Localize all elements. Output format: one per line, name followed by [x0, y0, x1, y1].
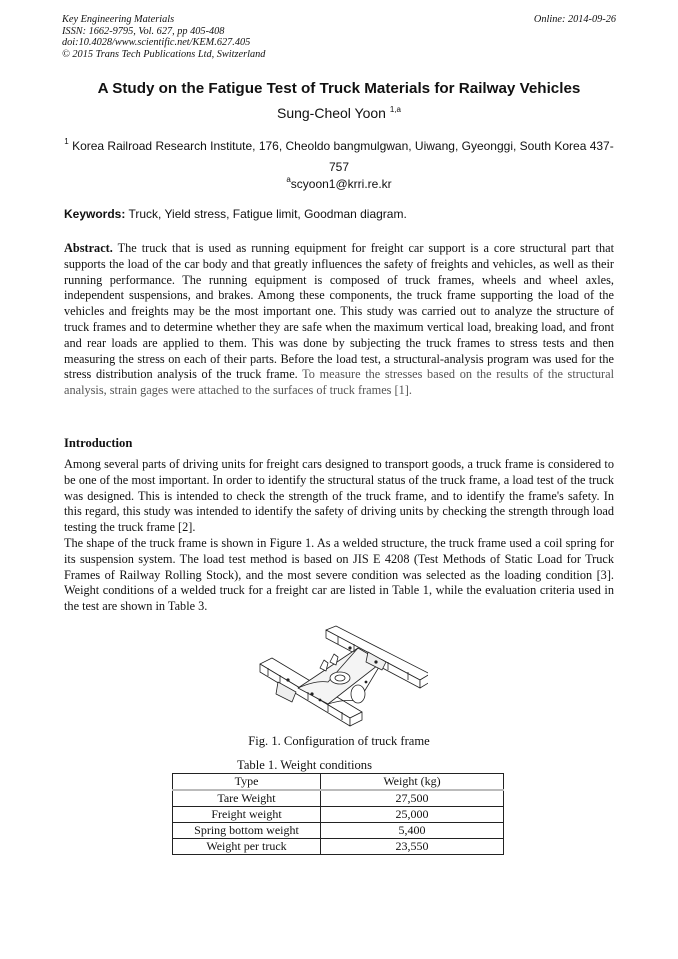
keywords-label: Keywords: [64, 207, 125, 221]
table-cell-weight: 27,500 [321, 790, 504, 807]
paper-title: A Study on the Fatigue Test of Truck Mat… [0, 80, 678, 97]
affiliation-superscript: 1 [64, 137, 68, 146]
issn-line: ISSN: 1662-9795, Vol. 627, pp 405-408 [62, 26, 616, 38]
table-header-type: Type [173, 774, 321, 791]
introduction-paragraph-1: Among several parts of driving units for… [64, 457, 614, 536]
abstract: Abstract. The truck that is used as runn… [64, 241, 614, 399]
weight-conditions-table: Type Weight (kg) Tare Weight 27,500 Frei… [172, 773, 504, 855]
table-cell-weight: 25,000 [321, 807, 504, 823]
abstract-label: Abstract. [64, 241, 113, 255]
journal-header: Key Engineering Materials ISSN: 1662-979… [62, 14, 616, 60]
introduction-heading: Introduction [64, 436, 132, 451]
author-name: Sung-Cheol Yoon [277, 105, 386, 121]
table-cell-type: Freight weight [173, 807, 321, 823]
keywords: Keywords: Truck, Yield stress, Fatigue l… [64, 207, 407, 221]
table-row: Freight weight 25,000 [173, 807, 504, 823]
affiliation: 1 Korea Railroad Research Institute, 176… [62, 131, 616, 178]
keywords-list: Truck, Yield stress, Fatigue limit, Good… [128, 207, 406, 221]
truck-frame-icon [258, 622, 428, 730]
author-superscript: 1,a [390, 105, 401, 114]
table-cell-type: Spring bottom weight [173, 823, 321, 839]
table-row: Weight per truck 23,550 [173, 839, 504, 855]
email-line: ascyoon1@krri.re.kr [0, 175, 678, 191]
figure-caption: Fig. 1. Configuration of truck frame [0, 734, 678, 749]
author-line: Sung-Cheol Yoon 1,a [0, 105, 678, 121]
introduction-paragraph-2: The shape of the truck frame is shown in… [64, 536, 614, 615]
doi-line: doi:10.4028/www.scientific.net/KEM.627.4… [62, 37, 616, 49]
affiliation-text: Korea Railroad Research Institute, 176, … [72, 139, 614, 174]
copyright-line: © 2015 Trans Tech Publications Ltd, Swit… [62, 49, 616, 61]
table-header-row: Type Weight (kg) [173, 774, 504, 791]
table-cell-weight: 23,550 [321, 839, 504, 855]
table-row: Tare Weight 27,500 [173, 790, 504, 807]
online-date: Online: 2014-09-26 [534, 14, 616, 26]
truck-frame-figure [258, 622, 428, 730]
table-caption: Table 1. Weight conditions [237, 758, 372, 773]
abstract-text: The truck that is used as running equipm… [64, 241, 614, 381]
table-row: Spring bottom weight 5,400 [173, 823, 504, 839]
journal-name: Key Engineering Materials [62, 14, 616, 26]
author-email[interactable]: scyoon1@krri.re.kr [291, 177, 392, 191]
table-cell-weight: 5,400 [321, 823, 504, 839]
table-cell-type: Weight per truck [173, 839, 321, 855]
table-header-weight: Weight (kg) [321, 774, 504, 791]
table-cell-type: Tare Weight [173, 790, 321, 807]
